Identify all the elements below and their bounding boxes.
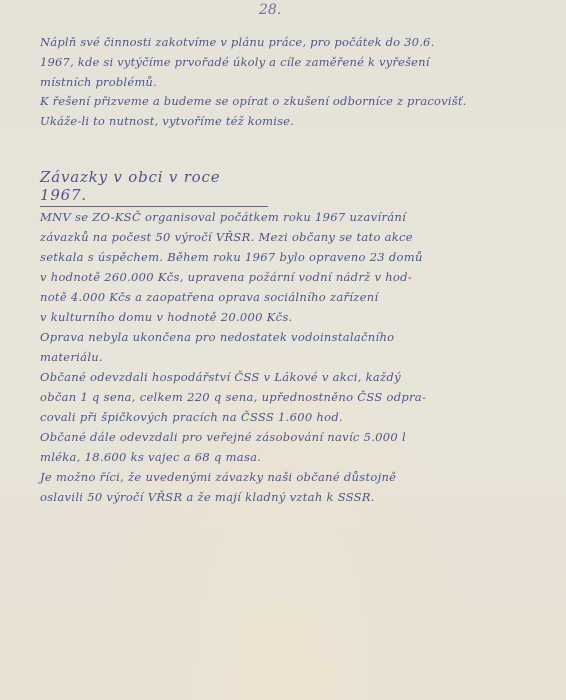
text-line: mléka, 18.600 ks vajec a 68 q masa. [40,448,261,466]
text-line: Náplň své činnosti zakotvíme v plánu prá… [40,34,434,50]
text-line: oslavili 50 výročí VŘSR a že mají kladný… [40,488,375,506]
text-line: v kulturního domu v hodnotě 20.000 Kčs. [40,308,293,326]
page-number: 28. [259,2,281,18]
document-page: 28. Náplň své činnosti zakotvíme v plánu… [0,0,566,700]
text-line: místních problémů. [40,74,157,90]
text-line: Občané dále odevzdali pro veřejné zásobo… [40,428,406,446]
text-line: závazků na počest 50 výročí VŘSR. Mezi o… [40,228,413,246]
text-line: Oprava nebyla ukončena pro nedostatek vo… [40,328,394,346]
text-line: občan 1 q sena, celkem 220 q sena, upřed… [40,388,426,406]
text-line: MNV se ZO-KSČ organisoval počátkem roku … [40,208,406,226]
section-heading: Závazky v obci v roce 1967. [40,168,268,207]
text-line: v hodnotě 260.000 Kčs, upravena požární … [40,268,412,286]
text-line: Občané odevzdali hospodářství ČSS v Láko… [40,368,401,386]
text-line: setkala s úspěchem. Během roku 1967 bylo… [40,248,423,266]
text-line: covali při špičkových pracích na ČSSS 1.… [40,408,343,426]
text-line: 1967, kde si vytýčíme prvořadé úkoly a c… [40,54,430,70]
text-line: materiálu. [40,348,103,366]
text-line: Je možno říci, že uvedenými závazky naši… [40,468,396,486]
text-line: notě 4.000 Kčs a zaopatřena oprava sociá… [40,288,378,306]
text-line: Ukáže-li to nutnost, vytvoříme též komis… [40,113,294,129]
text-line: K řešení přizveme a budeme se opírat o z… [40,93,467,109]
